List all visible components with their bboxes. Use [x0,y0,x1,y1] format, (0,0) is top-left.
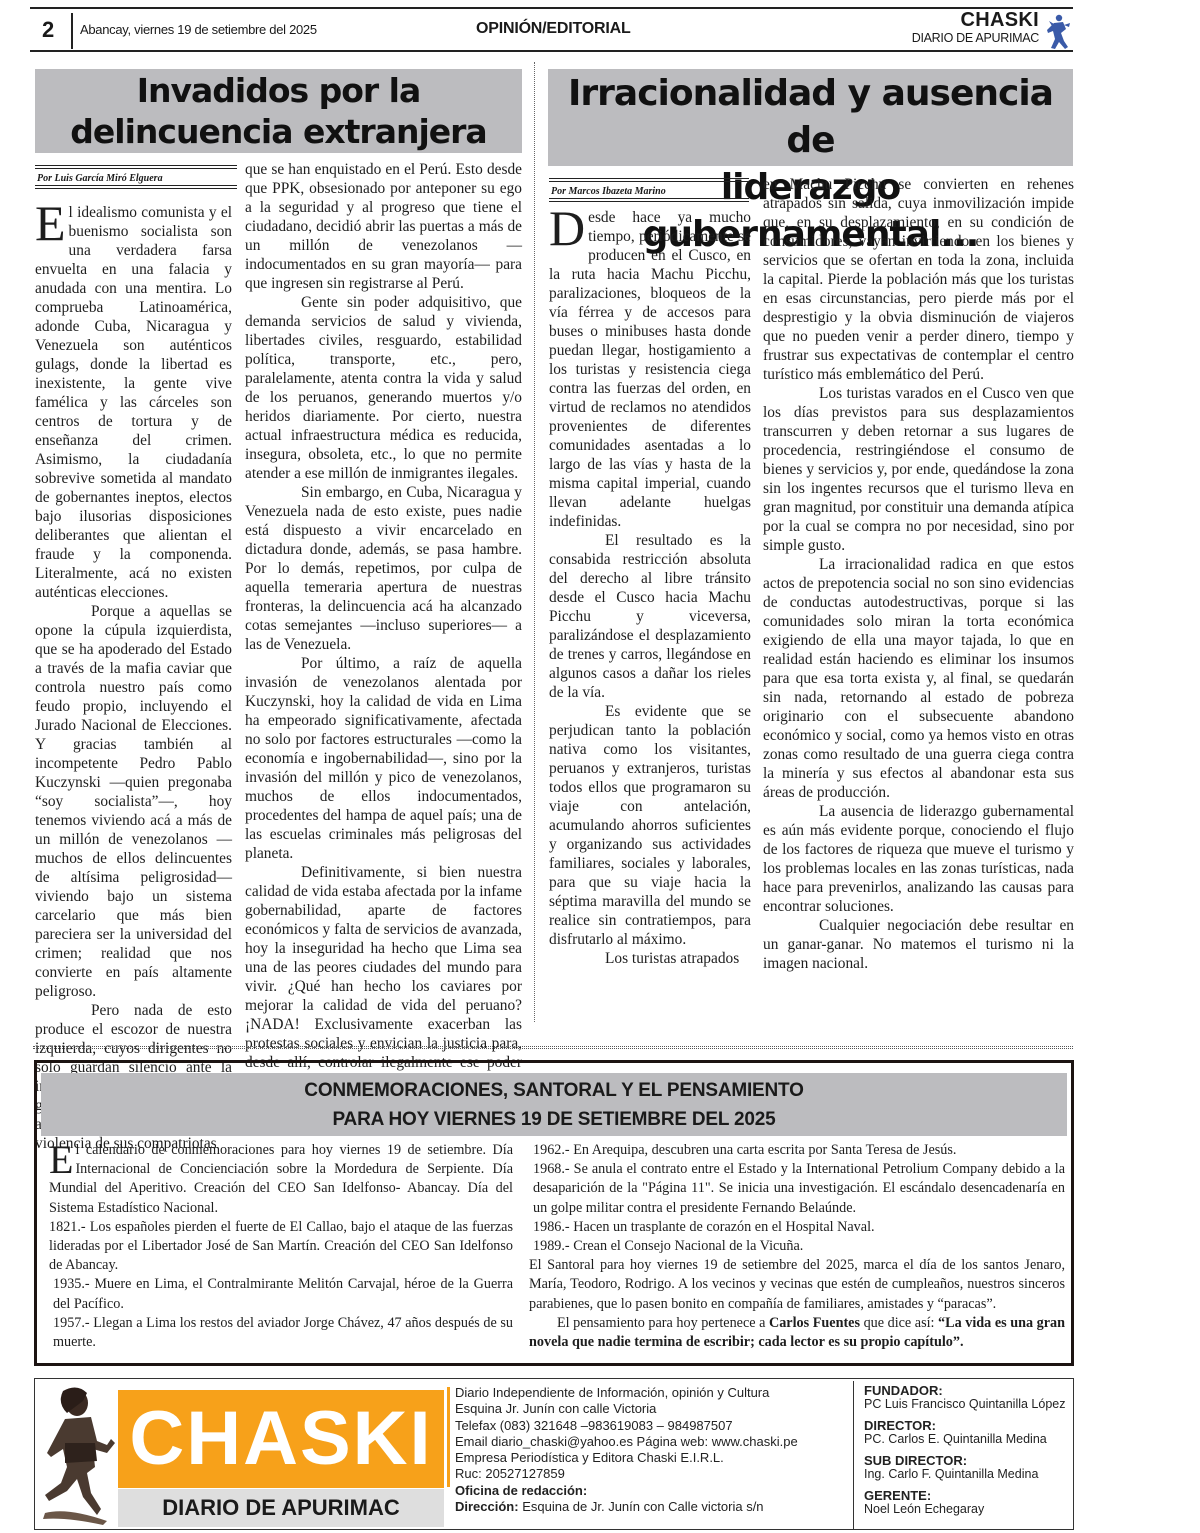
paragraph: Los turistas varados en el Cusco ven que… [763,384,1074,555]
staff-role: SUB DIRECTOR: [864,1455,1075,1467]
author-name: Por Luis García Miró Elguera [37,173,163,184]
paragraph: en Machu Picchu se convierten en rehenes… [763,175,1074,384]
calendar-event: 1957.- Llegan a Lima los restos del avia… [49,1314,513,1352]
thought-of-day: El pensamiento para hoy pertenece a Carl… [529,1314,1065,1352]
chaski-runner-icon [1045,13,1071,51]
logo-gray-band: DIARIO DE APURIMAC [118,1489,444,1527]
staff-role: GERENTE: [864,1490,1075,1502]
masthead: CHASKI DIARIO DE APURIMAC [912,10,1039,45]
office-label: Oficina de redacción: [455,1483,855,1499]
logo-subtitle: DIARIO DE APURIMAC [118,1495,444,1521]
staff-list: FUNDADOR: PC Luis Francisco Quintanilla … [853,1381,1075,1529]
address: Esquina Jr. Junín con calle Victoria [455,1401,855,1417]
article-right-column-2: en Machu Picchu se convierten en rehenes… [763,175,1074,973]
email-web: Email diario_chaski@yahoo.es Página web:… [455,1434,855,1450]
staff-role: FUNDADOR: [864,1385,1075,1397]
paragraph: El resultado es la consabida restricción… [549,531,751,702]
calendar-title-line: PARA HOY VIERNES 19 DE SETIEMBRE DEL 202… [41,1105,1067,1134]
byline-right: Por Marcos Ibazeta Marino [549,178,749,202]
staff-name: PC Luis Francisco Quintanilla López [864,1397,1075,1411]
staff-name: Ing. Carlo F. Quintanilla Medina [864,1467,1075,1481]
publisher-info: Diario Independiente de Información, opi… [455,1385,855,1515]
chaski-logo: CHASKI DIARIO DE APURIMAC [35,1379,449,1530]
calendar-title: CONMEMORACIONES, SANTORAL Y EL PENSAMIEN… [41,1073,1067,1136]
section-divider [33,1046,1073,1049]
paragraph: Gente sin poder adquisitivo, que demanda… [245,293,522,483]
paragraph: La ausencia de liderazgo gubernamental e… [763,802,1074,916]
paragraph: Porque a aquellas se opone la cúpula izq… [35,602,232,1001]
thought-author: Carlos Fuentes [769,1315,860,1331]
article-left-column-1: El idealismo comunista y el buenismo soc… [35,203,232,1153]
company: Empresa Periodística y Editora Chaski E.… [455,1450,855,1466]
author-name: Por Marcos Ibazeta Marino [551,186,666,197]
drop-cap: D [549,209,588,247]
masthead-name: CHASKI [912,10,1039,31]
staff-role: DIRECTOR: [864,1420,1075,1432]
tagline: Diario Independiente de Información, opi… [455,1385,855,1401]
calendar-event: 1989.- Crean el Consejo Nacional de la V… [529,1237,1065,1256]
paragraph: Cualquier negociación debe resultar en u… [763,916,1074,973]
paragraph: Desde hace ya mucho tiempo, periódicamen… [549,208,751,531]
chaski-runner-illustration-icon [37,1383,125,1528]
page-number: 2 [42,17,54,43]
article-right-column-1: Desde hace ya mucho tiempo, periódicamen… [549,208,751,968]
calendar-intro: El calendario de conmemoraciones para ho… [49,1141,513,1218]
calendar-event: 1962.- En Arequipa, descubren una carta … [529,1141,1065,1160]
paragraph: Los turistas atrapados [549,949,751,968]
santoral: El Santoral para hoy viernes 19 de setie… [529,1256,1065,1314]
calendar-event: 1821.- Los españoles pierden el fuerte d… [49,1218,513,1276]
page-header: 2 Abancay, viernes 19 de setiembre del 2… [30,7,1073,52]
headline-line: delincuencia extranjera [35,111,522,152]
phones: Telefax (083) 321648 –983619083 – 984987… [455,1418,855,1434]
header-divider [71,13,73,49]
staff-name: PC. Carlos E. Quintanilla Medina [864,1432,1075,1446]
paragraph: Por último, a raíz de aquella invasión d… [245,654,522,863]
headline-right: Irracionalidad y ausencia de liderazgo g… [548,69,1073,166]
headline-left: Invadidos por la delincuencia extranjera [35,69,522,153]
headline-line: Invadidos por la [35,70,522,111]
direction: Dirección: Esquina de Jr. Junín con Call… [455,1499,855,1515]
colophon: CHASKI DIARIO DE APURIMAC Diario Indepen… [34,1378,1074,1530]
calendar-left-column: El calendario de conmemoraciones para ho… [49,1141,513,1352]
calendar-title-line: CONMEMORACIONES, SANTORAL Y EL PENSAMIEN… [41,1076,1067,1105]
ruc: Ruc: 20527127859 [455,1466,855,1482]
paragraph: que se han enquistado en el Perú. Esto d… [245,160,522,293]
dateline: Abancay, viernes 19 de setiembre del 202… [80,22,317,37]
masthead-subtitle: DIARIO DE APURIMAC [912,31,1039,45]
article-left-column-2: que se han enquistado en el Perú. Esto d… [245,160,522,1129]
calendar-event: 1935.- Muere en Lima, el Contralmirante … [49,1275,513,1313]
drop-cap: E [35,204,69,242]
section-title: OPINIÓN/EDITORIAL [476,20,631,38]
calendar-box: CONMEMORACIONES, SANTORAL Y EL PENSAMIEN… [34,1060,1074,1366]
paragraph: Sin embargo, en Cuba, Nicaragua y Venezu… [245,483,522,654]
calendar-right-column: 1962.- En Arequipa, descubren una carta … [529,1141,1065,1352]
logo-orange-block: CHASKI [118,1390,444,1488]
info-accent-bar [447,1387,450,1487]
byline-left: Por Luis García Miró Elguera [35,165,237,189]
drop-cap: E [49,1144,75,1176]
staff-name: Noel León Echegaray [864,1502,1075,1516]
paragraph: Es evidente que se perjudican tanto la p… [549,702,751,949]
paragraph: La irracionalidad radica en que estos ac… [763,555,1074,802]
calendar-event: 1968.- Se anula el contrato entre el Est… [529,1160,1065,1218]
column-divider [534,62,535,1022]
paragraph: El idealismo comunista y el buenismo soc… [35,203,232,602]
calendar-event: 1986.- Hacen un trasplante de corazón en… [529,1218,1065,1237]
logo-name: CHASKI [118,1398,444,1480]
headline-line: Irracionalidad y ausencia de [548,70,1073,164]
